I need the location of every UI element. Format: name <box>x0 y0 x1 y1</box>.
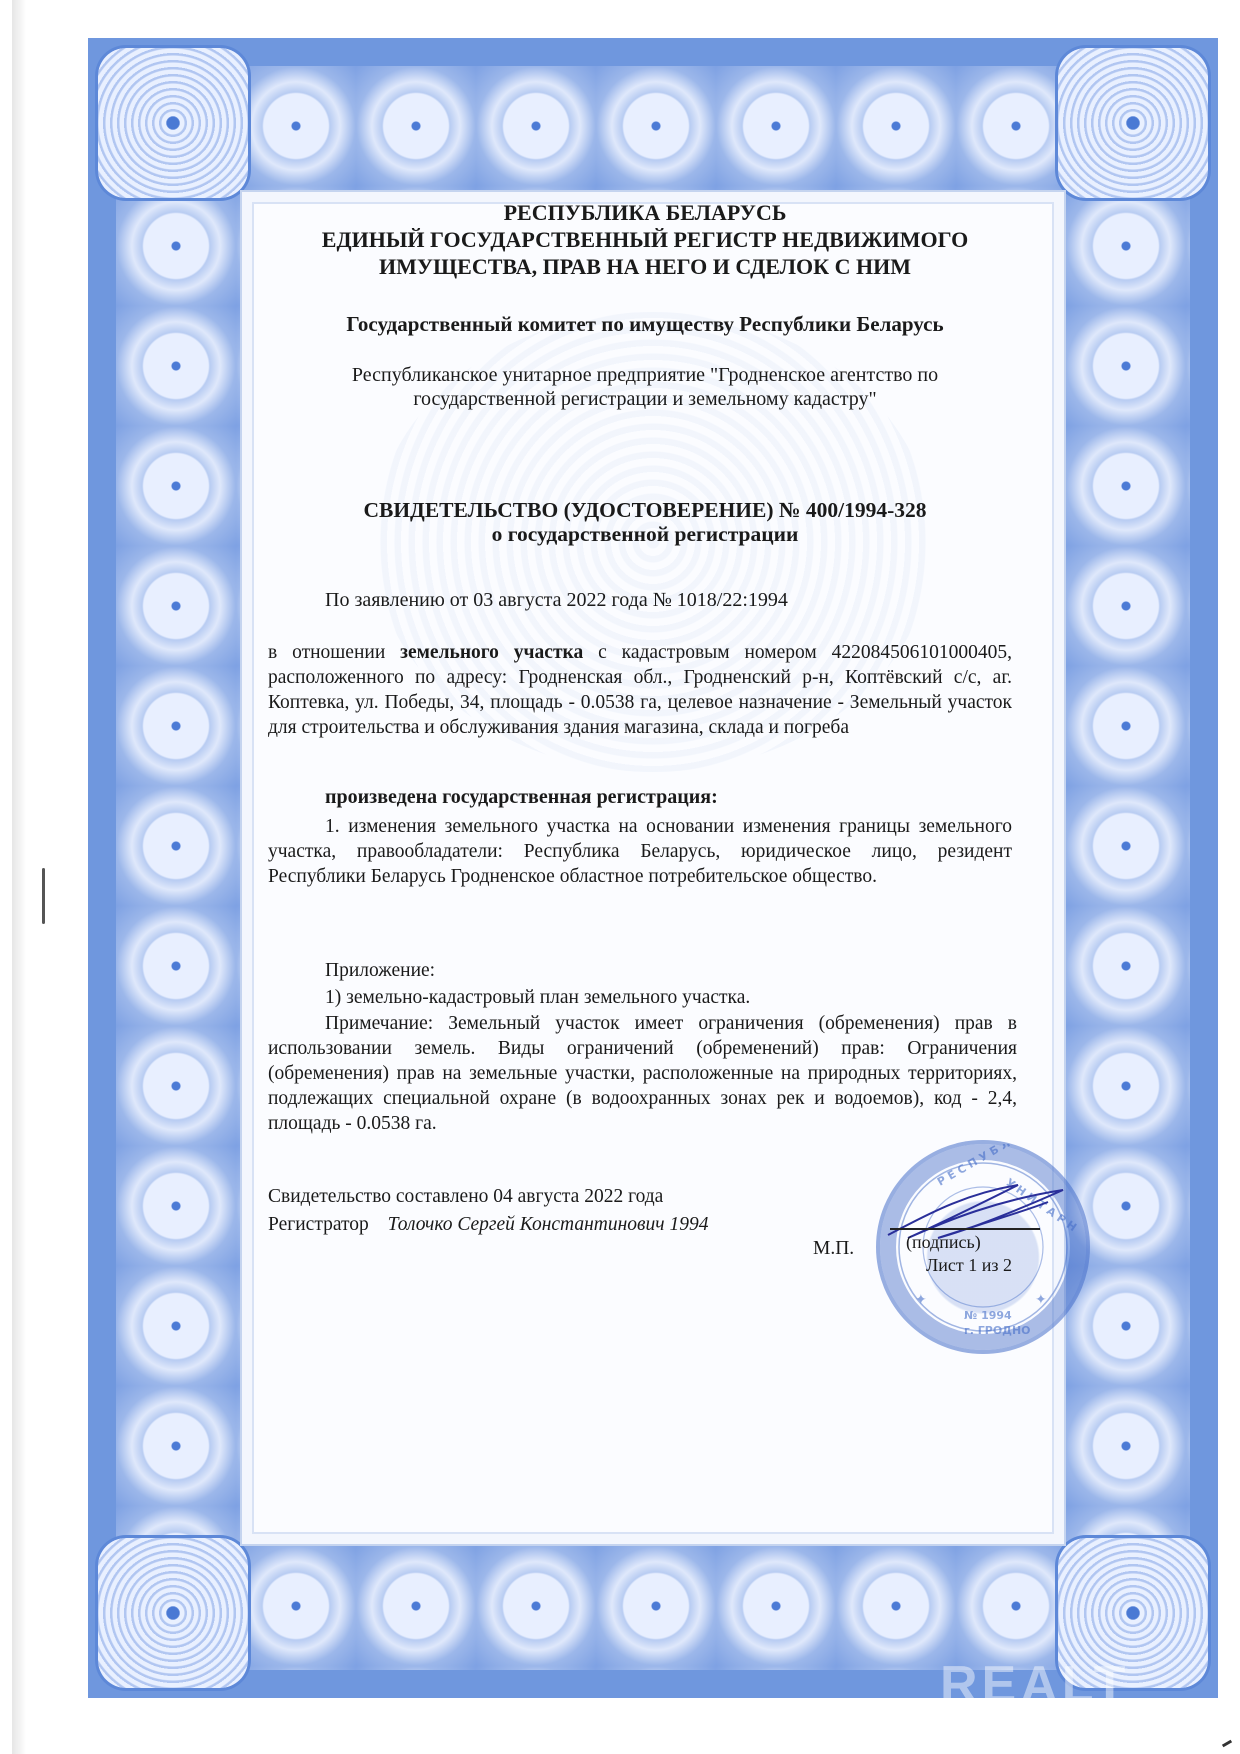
registrar-name: Толочко Сергей Константинович 1994 <box>388 1214 709 1235</box>
scan-artifact <box>1222 1740 1232 1748</box>
committee-title: Государственный комитет по имуществу Рес… <box>248 312 1042 337</box>
agency-line2: государственной регистрации и земельному… <box>248 387 1042 411</box>
certificate-content: РЕСПУБЛИКА БЕЛАРУСЬ ЕДИНЫЙ ГОСУДАРСТВЕНН… <box>268 0 1012 1754</box>
svg-text:✦: ✦ <box>1035 1293 1047 1308</box>
subject-prefix: в отношении <box>268 642 400 663</box>
header-country: РЕСПУБЛИКА БЕЛАРУСЬ <box>248 199 1042 226</box>
signature-label: (подпись) <box>906 1232 981 1253</box>
agency-line1: Республиканское унитарное предприятие "Г… <box>248 363 1042 387</box>
registrar-label: Регистратор <box>268 1214 369 1235</box>
header-block: РЕСПУБЛИКА БЕЛАРУСЬ ЕДИНЫЙ ГОСУДАРСТВЕНН… <box>248 199 1042 280</box>
corner-rosette-icon <box>98 48 248 198</box>
watermark-logo: REALT <box>940 1655 1129 1715</box>
stamp-city: г. ГРОДНО <box>964 1324 1031 1337</box>
agency-block: Республиканское унитарное предприятие "Г… <box>248 363 1042 411</box>
registration-heading: произведена государственная регистрация: <box>325 785 718 810</box>
application-line: По заявлению от 03 августа 2022 года № 1… <box>325 588 788 613</box>
header-registry-line2: ИМУЩЕСТВА, ПРАВ НА НЕГО И СДЕЛОК С НИМ <box>248 253 1042 280</box>
sheet-number: Лист 1 из 2 <box>926 1255 1012 1276</box>
certificate-subtitle: о государственной регистрации <box>248 522 1042 546</box>
svg-text:✦: ✦ <box>915 1293 927 1308</box>
certificate-number: СВИДЕТЕЛЬСТВО (УДОСТОВЕРЕНИЕ) № 400/1994… <box>248 498 1042 522</box>
border-band-left <box>116 66 240 1670</box>
note-paragraph: Примечание: Земельный участок имеет огра… <box>268 1011 1017 1136</box>
signature-line <box>890 1228 1040 1230</box>
certificate-title-block: СВИДЕТЕЛЬСТВО (УДОСТОВЕРЕНИЕ) № 400/1994… <box>248 498 1042 546</box>
registrar-line: Регистратор Толочко Сергей Константинови… <box>268 1212 708 1237</box>
header-registry-line1: ЕДИНЫЙ ГОСУДАРСТВЕННЫЙ РЕГИСТР НЕДВИЖИМО… <box>248 226 1042 253</box>
appendix-item: 1) земельно-кадастровый план земельного … <box>325 985 750 1010</box>
appendix-label: Приложение: <box>325 958 435 983</box>
border-band-right <box>1066 66 1190 1670</box>
registration-item: 1. изменения земельного участка на основ… <box>268 814 1012 889</box>
subject-paragraph: в отношении земельного участка с кадастр… <box>268 640 1012 740</box>
staple-mark <box>42 868 45 924</box>
seal-label: М.П. <box>813 1236 854 1261</box>
stamp-number: № 1994 <box>964 1309 1012 1322</box>
corner-rosette-icon <box>98 1538 248 1688</box>
issued-date: Свидетельство составлено 04 августа 2022… <box>268 1184 663 1209</box>
scan-edge <box>12 0 26 1754</box>
subject-object: земельного участка <box>400 642 583 663</box>
corner-rosette-icon <box>1058 48 1208 198</box>
